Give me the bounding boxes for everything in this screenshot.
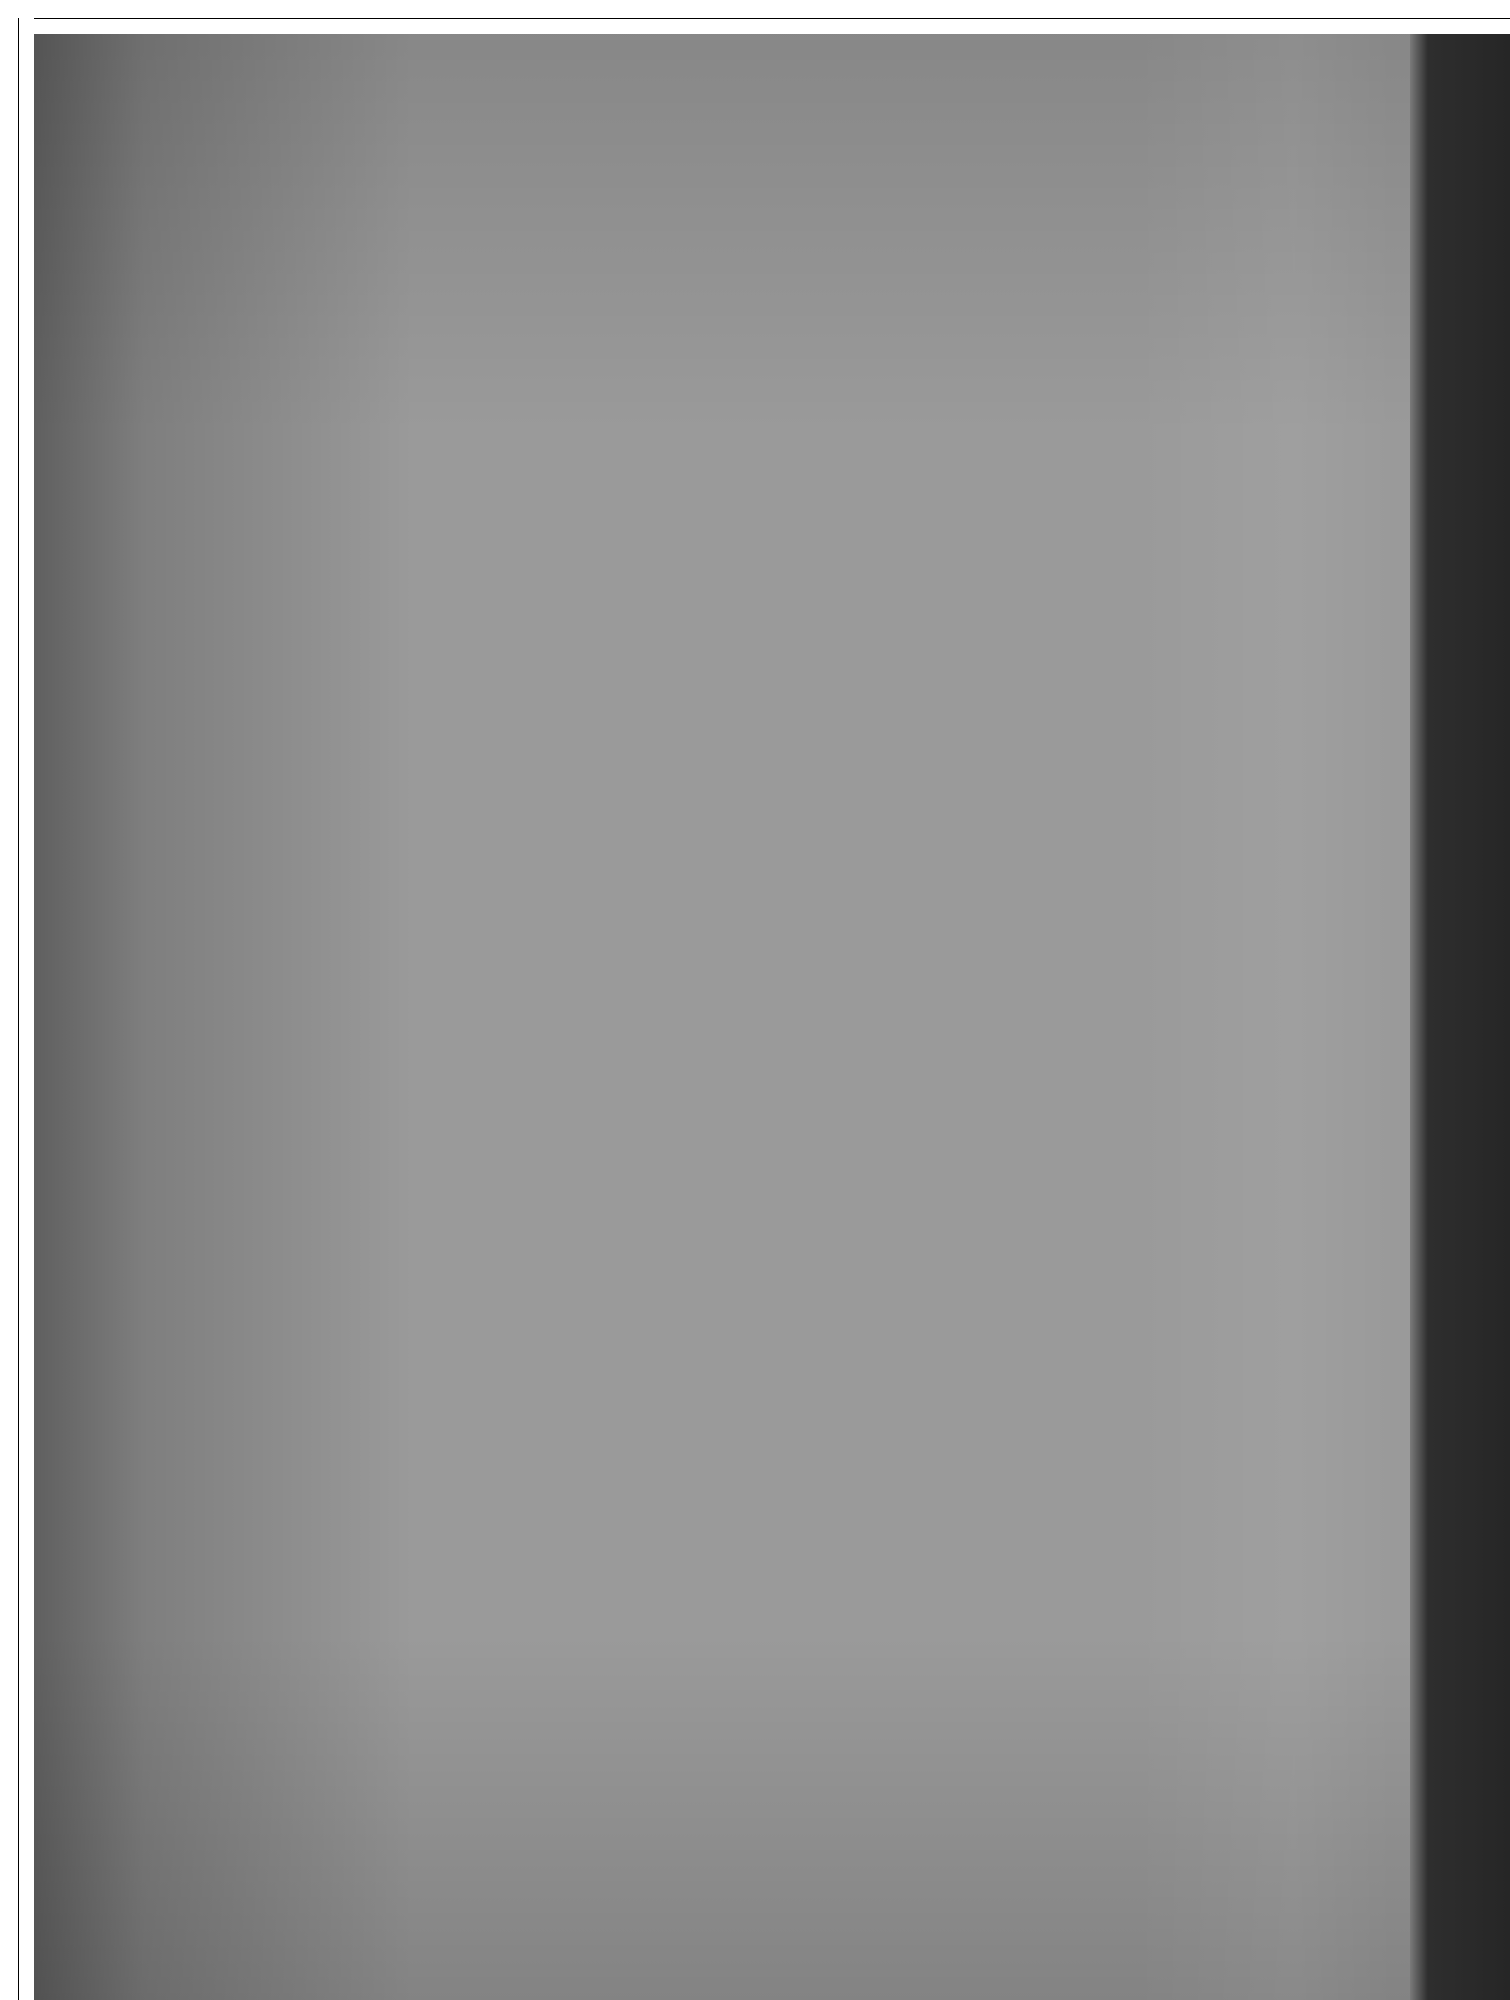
- manuscript-scan: [34, 34, 1510, 2000]
- page-edge-shadow: [1410, 34, 1510, 2000]
- top-ruler: [18, 0, 1510, 34]
- left-ruler: [0, 18, 34, 2000]
